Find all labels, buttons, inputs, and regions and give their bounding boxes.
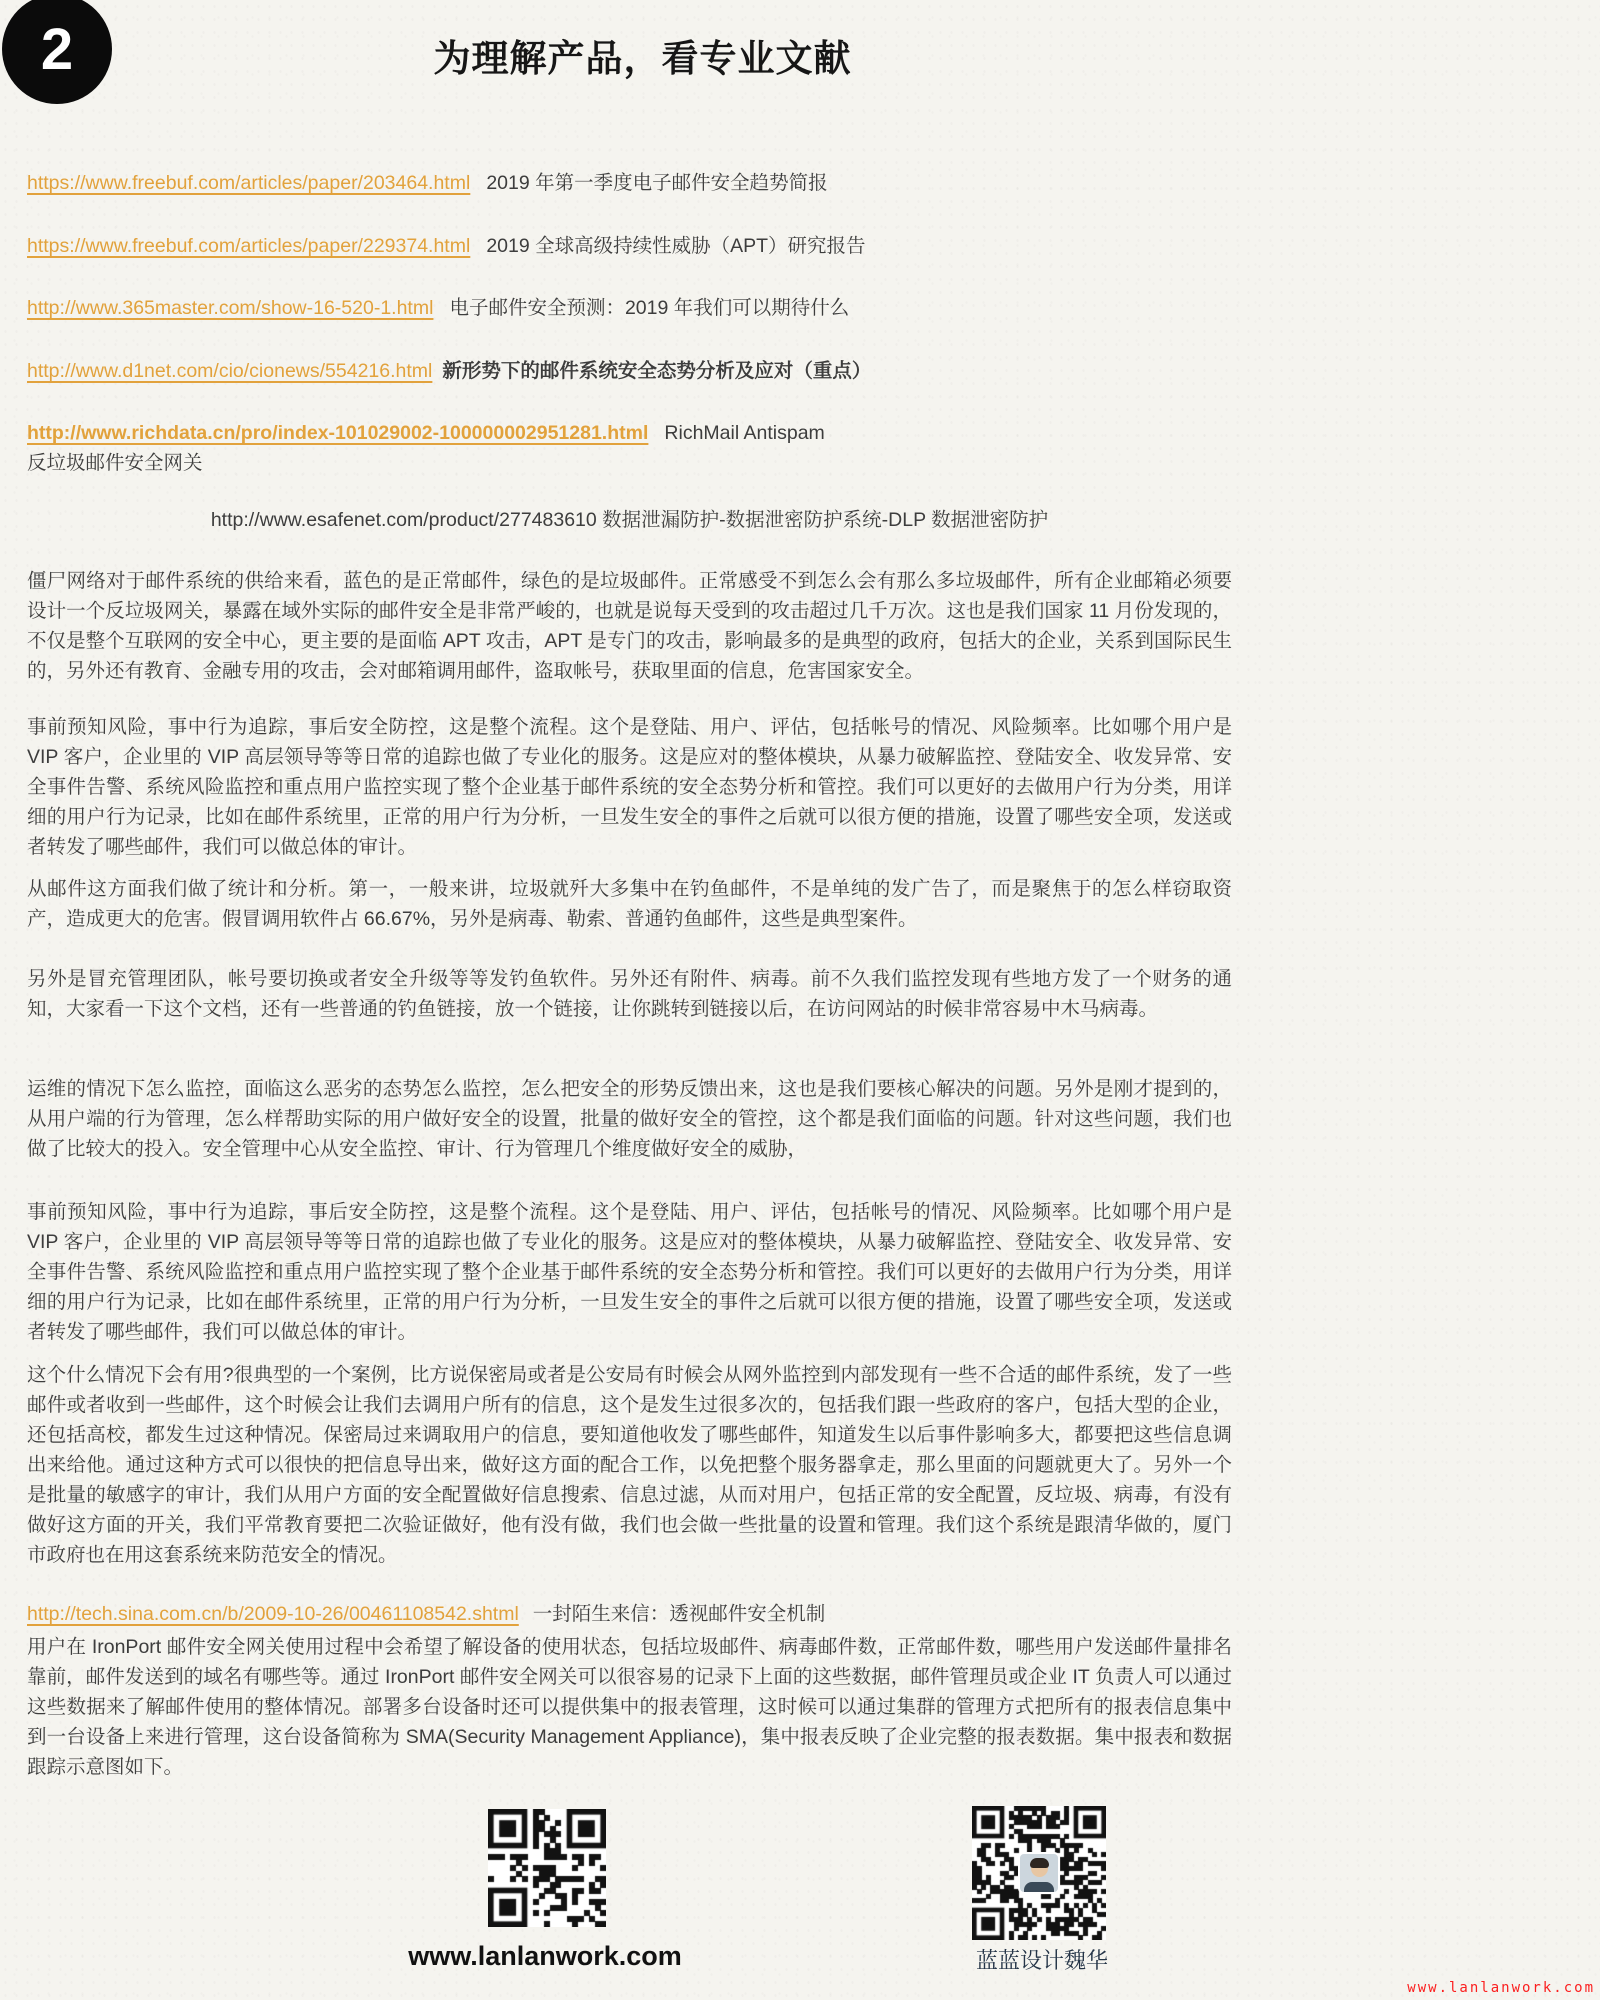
reference-row: http://www.richdata.cn/pro/index-1010290… xyxy=(27,418,825,478)
wechat-contact-label: 蓝蓝设计魏华 xyxy=(912,1944,1172,1975)
website-label: www.lanlanwork.com xyxy=(395,1941,695,1972)
reference-row: http://www.d1net.com/cio/cionews/554216.… xyxy=(27,356,871,386)
avatar-shoulders xyxy=(1024,1882,1054,1894)
reference-text-centered: http://www.esafenet.com/product/27748361… xyxy=(27,505,1232,535)
reference-row: http://www.365master.com/show-16-520-1.h… xyxy=(27,293,849,323)
paragraph-phishing: 另外是冒充管理团队，帐号要切换或者安全升级等等发钓鱼软件。另外还有附件、病毒。前… xyxy=(27,964,1232,1024)
paragraph-operations: 运维的情况下怎么监控，面临这么恶劣的态势怎么监控，怎么把安全的形势反馈出来，这也… xyxy=(27,1074,1232,1164)
page-title: 为理解产品，看专业文献 xyxy=(27,28,1232,82)
reference-link[interactable]: http://tech.sina.com.cn/b/2009-10-26/004… xyxy=(27,1603,519,1625)
reference-description: 2019 年第一季度电子邮件安全趋势简报 xyxy=(486,172,827,194)
reference-row: https://www.freebuf.com/articles/paper/2… xyxy=(27,168,828,198)
reference-description: 新形势下的邮件系统安全态势分析及应对（重点） xyxy=(442,360,871,382)
reference-link[interactable]: http://www.365master.com/show-16-520-1.h… xyxy=(27,297,433,319)
document-page: 为理解产品，看专业文献 https://www.freebuf.com/arti… xyxy=(27,0,1232,2000)
reference-description: 电子邮件安全预测：2019 年我们可以期待什么 xyxy=(449,297,849,319)
reference-link[interactable]: http://www.richdata.cn/pro/index-1010290… xyxy=(27,422,648,444)
reference-description-line2: 反垃圾邮件安全网关 xyxy=(27,448,825,478)
reference-link[interactable]: http://www.d1net.com/cio/cionews/554216.… xyxy=(27,360,432,382)
reference-row: https://www.freebuf.com/articles/paper/2… xyxy=(27,231,866,261)
reference-link[interactable]: https://www.freebuf.com/articles/paper/2… xyxy=(27,172,470,194)
paragraph-risk-process: 事前预知风险，事中行为追踪，事后安全防控，这是整个流程。这个是登陆、用户、评估，… xyxy=(27,712,1232,862)
reference-description: 2019 全球高级持续性威胁（APT）研究报告 xyxy=(486,235,865,257)
paragraph-statistics: 从邮件这方面我们做了统计和分析。第一，一般来讲，垃圾就歼大多集中在钓鱼邮件，不是… xyxy=(27,874,1232,934)
qrcode-wechat-icon xyxy=(972,1806,1106,1940)
avatar xyxy=(1018,1852,1060,1894)
paragraph-botnet: 僵尸网络对于邮件系统的供给来看，蓝色的是正常邮件，绿色的是垃圾邮件。正常感受不到… xyxy=(27,566,1232,686)
reference-link[interactable]: https://www.freebuf.com/articles/paper/2… xyxy=(27,235,470,257)
reference-row: http://tech.sina.com.cn/b/2009-10-26/004… xyxy=(27,1599,825,1629)
paragraph-risk-process-repeat: 事前预知风险，事中行为追踪，事后安全防控，这是整个流程。这个是登陆、用户、评估，… xyxy=(27,1197,1232,1347)
watermark: www.lanlanwork.com xyxy=(1407,1980,1595,1996)
reference-description: 一封陌生来信：透视邮件安全机制 xyxy=(533,1603,826,1625)
qrcode-website-icon xyxy=(488,1809,606,1927)
reference-description: RichMail Antispam xyxy=(664,422,824,444)
avatar-head xyxy=(1031,1860,1048,1877)
paragraph-case-study: 这个什么情况下会有用?很典型的一个案例，比方说保密局或者是公安局有时候会从网外监… xyxy=(27,1360,1232,1570)
paragraph-ironport: 用户在 IronPort 邮件安全网关使用过程中会希望了解设备的使用状态，包括垃… xyxy=(27,1632,1232,1782)
